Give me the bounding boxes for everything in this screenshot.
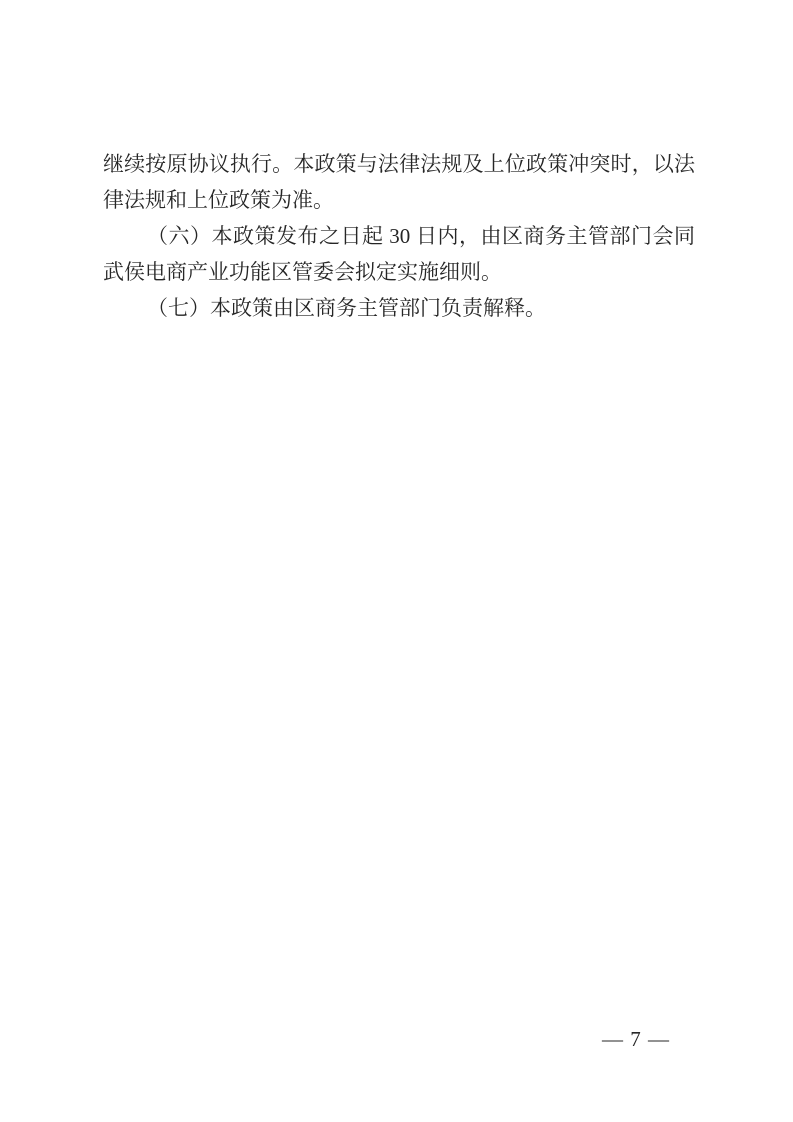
document-page: 继续按原协议执行。本政策与法律法规及上位政策冲突时，以法 律法规和上位政策为准。… — [0, 0, 793, 1122]
page-number: — 7 — — [602, 1027, 670, 1051]
body-line: 律法规和上位政策为准。 — [103, 182, 695, 218]
body-line: 继续按原协议执行。本政策与法律法规及上位政策冲突时，以法 — [103, 146, 695, 182]
page-footer: — 7 — — [577, 997, 670, 1081]
body-line-clause-seven: （七）本政策由区商务主管部门负责解释。 — [103, 290, 695, 326]
body-line: 武侯电商产业功能区管委会拟定实施细则。 — [103, 254, 695, 290]
document-body: 继续按原协议执行。本政策与法律法规及上位政策冲突时，以法 律法规和上位政策为准。… — [103, 146, 695, 326]
body-line-clause-six: （六）本政策发布之日起 30 日内，由区商务主管部门会同 — [103, 218, 695, 254]
